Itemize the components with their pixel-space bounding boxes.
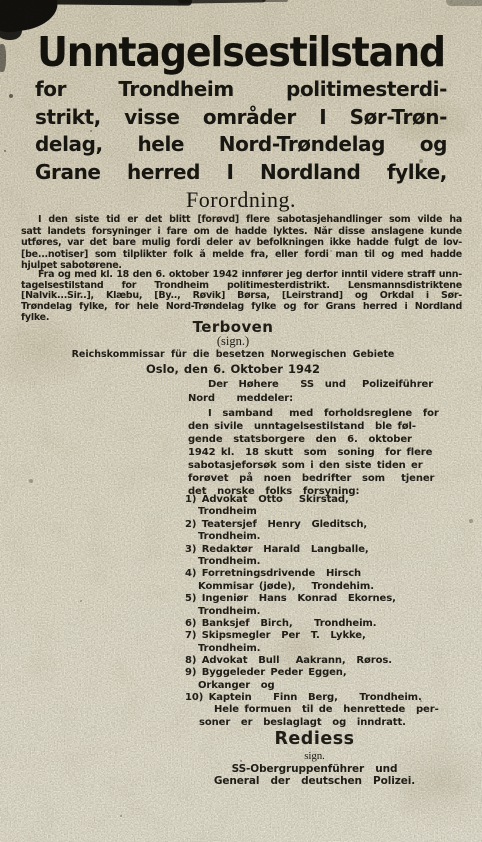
list-item: 3) Redaktør Harald Langballe,Trondheim. — [185, 544, 438, 569]
proclamation-page: Unntagelsestilstand for Trondheim politi… — [0, 0, 482, 842]
text-line: 1942 kl. 18 skutt som soning for flere — [188, 446, 441, 459]
text-line: 7) Skipsmegler Per T. Lykke, — [185, 630, 438, 642]
text-line: Fra og med kl. 18 den 6. oktober 1942 in… — [21, 270, 462, 281]
text-line: SS-Obergruppenführer und — [188, 763, 441, 775]
text-line: 10) Kaptein Finn Berg, Trondheim. — [185, 692, 438, 704]
text-line: gende statsborgere den 6. oktober — [188, 433, 441, 446]
text-line: 1) Advokat Otto Skirstad, — [185, 494, 438, 506]
text-line: Trondheim. — [185, 643, 438, 655]
text-line: utføres, var det bare mulig fordi deler … — [21, 237, 462, 249]
decree-heading: Forordning. — [0, 187, 482, 213]
decree-paragraph-1: I den siste tid er det blitt [forøvd] fl… — [21, 214, 462, 272]
list-item: 1) Advokat Otto Skirstad,Trondheim — [185, 494, 438, 519]
text-line: General der deutschen Polizei. — [188, 775, 441, 787]
text-line: Nord meddeler: — [188, 392, 441, 406]
text-line: Kommisar (jøde), Trondehim. — [185, 581, 438, 593]
dateline: Oslo, den 6. Oktober 1942 — [0, 363, 466, 376]
text-line: den sivile unntagelsestilstand ble føl- — [188, 420, 441, 433]
page-title: Unntagelsestilstand — [0, 28, 482, 76]
text-line: satt landets forsyninger i fare om de ha… — [21, 226, 462, 238]
text-line: Orkanger og — [185, 680, 438, 692]
text-line: 5) Ingeniør Hans Konrad Ekornes, — [185, 593, 438, 605]
list-item: 9) Byggeleder Peder Eggen,Orkanger og — [185, 667, 438, 692]
announcement-closing: Hele formuen til de henrettede per-soner… — [188, 704, 441, 730]
signature-name: Rediess — [188, 728, 441, 750]
text-line: 8) Advokat Bull Aakrann, Røros. — [185, 655, 438, 667]
signature-block-rediess: Rediess sign. SS-Obergruppenführer undGe… — [188, 728, 441, 787]
announcement-body: I samband med forholdsreglene forden siv… — [188, 407, 441, 498]
signature-role: Reichskommissar für die besetzen Norwegi… — [0, 349, 466, 360]
signature-name: Terboven — [0, 319, 466, 335]
page-subtitle: for Trondheim politimesterdi-strikt, vis… — [35, 76, 447, 186]
text-line: 2) Teatersjef Henry Gleditsch, — [185, 519, 438, 531]
signature-sign-note: (sign.) — [0, 335, 466, 348]
signature-sign-note: sign. — [188, 750, 441, 763]
text-line: Trondheim. — [185, 606, 438, 618]
text-line: tagelsestilstand for Trondheim politimes… — [21, 281, 462, 292]
signature-block-terboven: Terboven (sign.) Reichskommissar für die… — [0, 319, 466, 376]
list-item: 4) Forretningsdrivende HirschKommisar (j… — [185, 568, 438, 593]
text-line: Trondheim. — [185, 556, 438, 568]
executed-persons-list: 1) Advokat Otto Skirstad,Trondheim2) Tea… — [185, 494, 438, 705]
list-item: 2) Teatersjef Henry Gleditsch,Trondheim. — [185, 519, 438, 544]
list-item: 7) Skipsmegler Per T. Lykke,Trondheim. — [185, 630, 438, 655]
text-line: 9) Byggeleder Peder Eggen, — [185, 667, 438, 679]
text-line: Grane herred I Nordland fylke, — [35, 159, 447, 187]
document-header: Unntagelsestilstand for Trondheim politi… — [0, 28, 482, 213]
document-content: Unntagelsestilstand for Trondheim politi… — [0, 0, 482, 842]
announcement-header: Der Høhere SS und PolizeiführerNord medd… — [188, 378, 441, 406]
text-line: forøvet på noen bedrifter som tjener — [188, 472, 441, 485]
text-line: I den siste tid er det blitt [forøvd] fl… — [21, 214, 462, 226]
list-item: 8) Advokat Bull Aakrann, Røros. — [185, 655, 438, 667]
text-line: 4) Forretningsdrivende Hirsch — [185, 568, 438, 580]
list-item: 10) Kaptein Finn Berg, Trondheim. — [185, 692, 438, 704]
decree-paragraph-2: Fra og med kl. 18 den 6. oktober 1942 in… — [21, 270, 462, 323]
text-line: [be...notiser] som tilplikter folk å mel… — [21, 249, 462, 261]
text-line: for Trondheim politimesterdi- — [35, 76, 447, 104]
list-item: 6) Banksjef Birch, Trondheim. — [185, 618, 438, 630]
text-line: 6) Banksjef Birch, Trondheim. — [185, 618, 438, 630]
text-line: Der Høhere SS und Polizeiführer — [188, 378, 441, 392]
signature-role: SS-Obergruppenführer undGeneral der deut… — [188, 763, 441, 787]
text-line: [Nalvik...Sir..], Klæbu, [By.., Røvik] B… — [21, 291, 462, 302]
text-line: Hele formuen til de henrettede per- — [199, 704, 441, 717]
text-line: strikt, visse områder I Sør-Trøn- — [35, 104, 447, 132]
list-item: 5) Ingeniør Hans Konrad Ekornes,Trondhei… — [185, 593, 438, 618]
text-line: Trøndelag fylke, for hele Nord-Trøndelag… — [21, 302, 462, 313]
text-line: delag, hele Nord-Trøndelag og — [35, 131, 447, 159]
text-line: Trondheim. — [185, 531, 438, 543]
text-line: sabotasjeforsøk som i den siste tiden er — [188, 459, 441, 472]
text-line: I samband med forholdsreglene for — [188, 407, 441, 420]
text-line: Trondheim — [185, 506, 438, 518]
text-line: 3) Redaktør Harald Langballe, — [185, 544, 438, 556]
